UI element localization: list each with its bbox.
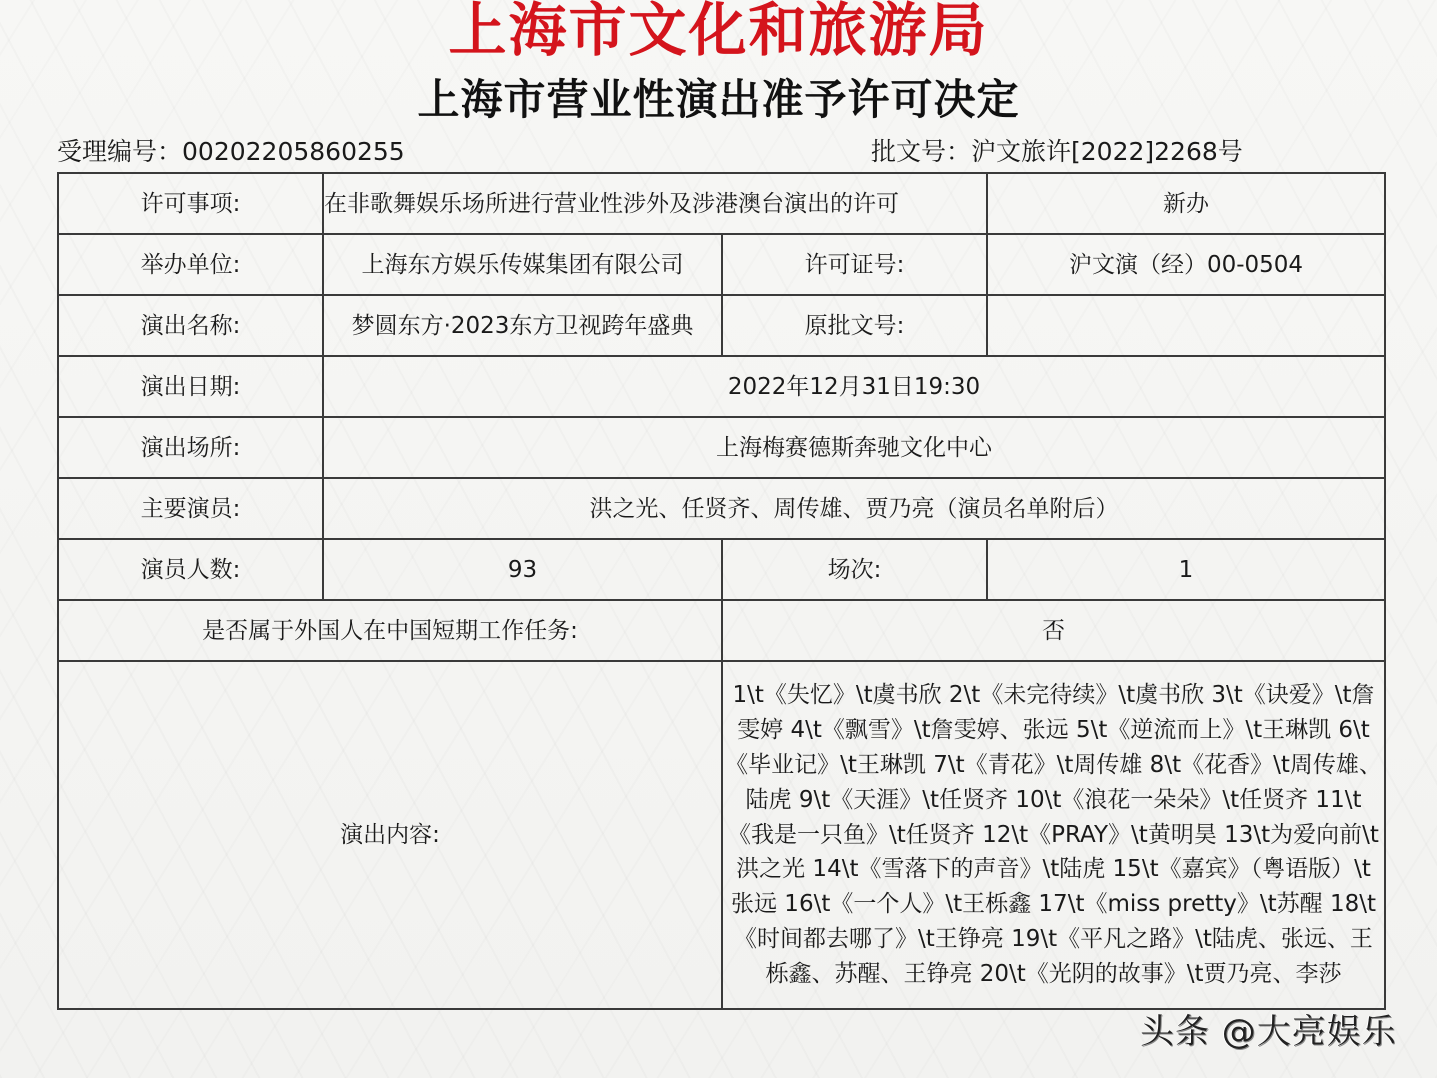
show-name-label: 演出名称:	[58, 295, 323, 356]
approval-number: 批文号：沪文旅许[2022]2268号	[871, 136, 1243, 168]
document-title: 上海市营业性演出准予许可决定	[0, 70, 1437, 130]
permit-item-value: 在非歌舞娱乐场所进行营业性涉外及涉港澳台演出的许可	[323, 173, 987, 234]
row-foreign-short-term: 是否属于外国人在中国短期工作任务: 否	[58, 600, 1385, 661]
performer-count-value: 93	[323, 539, 722, 600]
show-date-label: 演出日期:	[58, 356, 323, 417]
row-organizer: 举办单位: 上海东方娱乐传媒集团有限公司 许可证号: 沪文演（经）00-0504	[58, 234, 1385, 295]
issuing-authority-title: 上海市文化和旅游局	[0, 0, 1437, 66]
license-number-value: 沪文演（经）00-0504	[987, 234, 1385, 295]
show-content-label: 演出内容:	[58, 661, 722, 1009]
performer-count-label: 演员人数:	[58, 539, 323, 600]
foreign-short-term-value: 否	[722, 600, 1385, 661]
permit-type-value: 新办	[987, 173, 1385, 234]
row-main-performers: 主要演员: 洪之光、任贤齐、周传雄、贾乃亮（演员名单附后）	[58, 478, 1385, 539]
license-number-label: 许可证号:	[722, 234, 987, 295]
document-page: 上海市文化和旅游局 上海市营业性演出准予许可决定 受理编号：0020220586…	[0, 0, 1437, 1078]
venue-value: 上海梅赛德斯奔驰文化中心	[323, 417, 1385, 478]
foreign-short-term-label: 是否属于外国人在中国短期工作任务:	[58, 600, 722, 661]
original-approval-value	[987, 295, 1385, 356]
acceptance-number-label: 受理编号：	[57, 137, 182, 166]
organizer-value: 上海东方娱乐传媒集团有限公司	[323, 234, 722, 295]
acceptance-number-value: 00202205860255	[182, 137, 405, 166]
row-show-name: 演出名称: 梦圆东方·2023东方卫视跨年盛典 原批文号:	[58, 295, 1385, 356]
show-name-value: 梦圆东方·2023东方卫视跨年盛典	[323, 295, 722, 356]
venue-label: 演出场所:	[58, 417, 323, 478]
row-permit-item: 许可事项: 在非歌舞娱乐场所进行营业性涉外及涉港澳台演出的许可 新办	[58, 173, 1385, 234]
original-approval-label: 原批文号:	[722, 295, 987, 356]
sessions-value: 1	[987, 539, 1385, 600]
row-venue: 演出场所: 上海梅赛德斯奔驰文化中心	[58, 417, 1385, 478]
source-watermark: 头条 @大亮娱乐	[1140, 1004, 1397, 1053]
approval-number-label: 批文号：	[871, 137, 971, 166]
approval-number-value: 沪文旅许[2022]2268号	[971, 137, 1243, 166]
main-performers-label: 主要演员:	[58, 478, 323, 539]
show-date-value: 2022年12月31日19:30	[323, 356, 1385, 417]
sessions-label: 场次:	[722, 539, 987, 600]
show-content-value: 1\t《失忆》\t虞书欣 2\t《未完待续》\t虞书欣 3\t《诀爱》\t詹雯婷…	[722, 661, 1385, 1009]
row-show-content: 演出内容: 1\t《失忆》\t虞书欣 2\t《未完待续》\t虞书欣 3\t《诀爱…	[58, 661, 1385, 1009]
permit-table: 许可事项: 在非歌舞娱乐场所进行营业性涉外及涉港澳台演出的许可 新办 举办单位:…	[57, 172, 1386, 1010]
organizer-label: 举办单位:	[58, 234, 323, 295]
row-show-date: 演出日期: 2022年12月31日19:30	[58, 356, 1385, 417]
main-performers-value: 洪之光、任贤齐、周传雄、贾乃亮（演员名单附后）	[323, 478, 1385, 539]
permit-item-label: 许可事项:	[58, 173, 323, 234]
acceptance-number: 受理编号：00202205860255	[57, 136, 405, 168]
row-performer-count: 演员人数: 93 场次: 1	[58, 539, 1385, 600]
